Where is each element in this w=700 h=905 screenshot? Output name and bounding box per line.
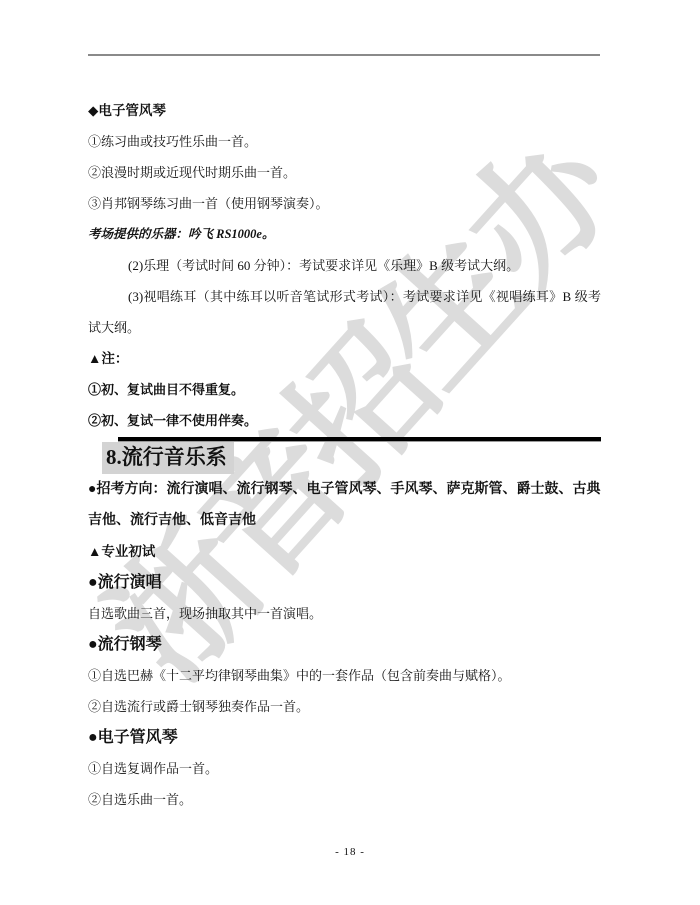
provided-instrument-note: 考场提供的乐器：吟飞 RS1000e。 [88, 219, 601, 250]
organ-exam-item-2: ②浪漫时期或近现代时期乐曲一首。 [88, 157, 601, 188]
pop-music-section-heading: 8.流行音乐系 [88, 442, 601, 474]
pop-piano-item-2: ②自选流行或爵士钢琴独奏作品一首。 [88, 691, 601, 722]
electronic-organ-item-2: ②自选乐曲一首。 [88, 784, 601, 815]
heading-highlight: 8.流行音乐系 [102, 442, 234, 474]
theory-exam-item: (2)乐理（考试时间 60 分钟）：考试要求详见《乐理》B 级考试大纲。 [88, 250, 601, 281]
page-number: - 18 - [0, 846, 700, 858]
header-rule [88, 54, 600, 56]
electronic-organ-item-1: ①自选复调作品一首。 [88, 753, 601, 784]
organ-exam-item-3: ③肖邦钢琴练习曲一首（使用钢琴演奏）。 [88, 188, 601, 219]
first-round-heading: ▲专业初试 [88, 536, 601, 567]
organ-section-heading: ◆电子管风琴 [88, 95, 601, 126]
subsection-title-electronic-organ: ●电子管风琴 [88, 722, 601, 753]
sight-singing-exam-item: (3)视唱练耳（其中练耳以听音笔试形式考试）：考试要求详见《视唱练耳》B 级考试… [88, 281, 601, 343]
page-content: ◆电子管风琴 ①练习曲或技巧性乐曲一首。 ②浪漫时期或近现代时期乐曲一首。 ③肖… [88, 95, 601, 815]
pop-vocal-item-1: 自选歌曲三首，现场抽取其中一首演唱。 [88, 598, 601, 629]
organ-exam-item-1: ①练习曲或技巧性乐曲一首。 [88, 126, 601, 157]
document-page: 浙音招生办 ◆电子管风琴 ①练习曲或技巧性乐曲一首。 ②浪漫时期或近现代时期乐曲… [0, 0, 700, 905]
note-item-2: ②初、复试一律不使用伴奏。 [88, 405, 601, 436]
notes-heading: ▲注： [88, 343, 601, 374]
pop-piano-item-1: ①自选巴赫《十二平均律钢琴曲集》中的一套作品（包含前奏曲与赋格）。 [88, 660, 601, 691]
note-item-1: ①初、复试曲目不得重复。 [88, 374, 601, 405]
subsection-title-pop-piano: ●流行钢琴 [88, 629, 601, 660]
admission-directions: ●招考方向：流行演唱、流行钢琴、电子管风琴、手风琴、萨克斯管、爵士鼓、古典吉他、… [88, 474, 601, 536]
subsection-title-pop-vocal: ●流行演唱 [88, 567, 601, 598]
